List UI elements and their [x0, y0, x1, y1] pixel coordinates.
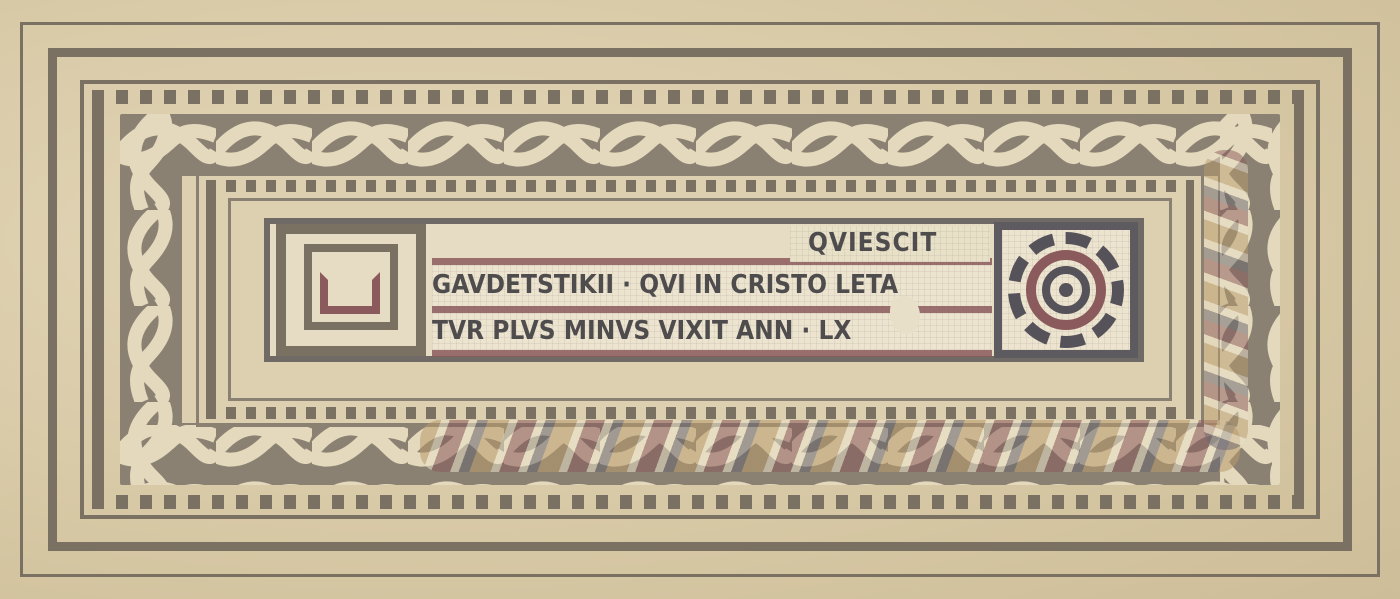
- lower-original-braid: [420, 420, 1240, 472]
- right-original-braid: [1204, 150, 1248, 450]
- left-red-spiral: [320, 272, 380, 314]
- mosaic-photograph: GAVDETSTIKII · QVI IN CRISTO LETA TVR PL…: [0, 0, 1400, 599]
- inscription-line-1: QVIESCIT: [808, 228, 1008, 258]
- inscription-top-fragment: QVIESCIT: [790, 226, 990, 262]
- red-divider-lower: [432, 350, 992, 357]
- inscription-line-2: GAVDETSTIKII · QVI IN CRISTO LETA: [432, 270, 992, 300]
- rosette-center: [1059, 283, 1073, 297]
- inscription-mosaic-field: GAVDETSTIKII · QVI IN CRISTO LETA TVR PL…: [432, 262, 992, 356]
